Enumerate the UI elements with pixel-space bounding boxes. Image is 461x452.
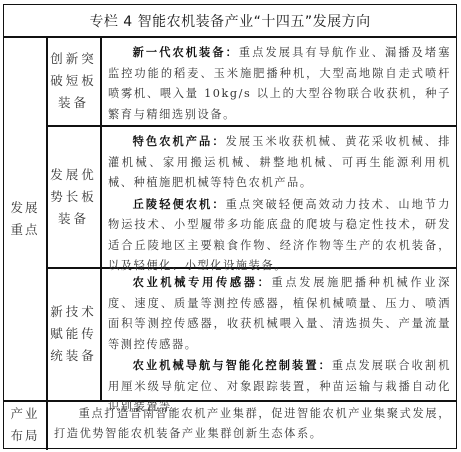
row-label-new-tech: 新技术 赋能传 统装备	[47, 268, 100, 400]
label-line: 赋能传	[50, 323, 97, 345]
label-line: 破短板	[50, 70, 97, 92]
paragraph: 丘陵轻便农机：重点突破轻便高效动力技术、山地节力物运技术、小型履带多功能底盘的爬…	[108, 194, 451, 277]
paragraph-heading: 新一代农机装备：	[133, 45, 239, 59]
label-line: 布局	[10, 425, 39, 447]
label-line: 发展优	[50, 164, 97, 186]
label-line: 发展	[10, 197, 39, 219]
paragraph-heading: 农业机械专用传感器：	[133, 275, 272, 289]
label-line: 装备	[50, 208, 97, 230]
row-content-advantage: 特色农机产品：发展玉米收获机械、黄花采收机械、排灌机械、家用搬运机械、耕整地机械…	[108, 131, 451, 277]
divider	[100, 36, 102, 400]
label-line: 新技术	[50, 301, 97, 323]
industry-layout-content: 重点打造晋南智能农机产业集群，促进智能农机产业集聚式发展，打造优势智能农机装备产…	[54, 404, 451, 444]
paragraph-heading: 丘陵轻便农机：	[133, 197, 226, 211]
label-line: 创新突	[50, 48, 97, 70]
paragraph-heading: 特色农机产品：	[133, 134, 226, 148]
paragraph-text: 重点打造晋南智能农机产业集群，促进智能农机产业集聚式发展，打造优势智能农机装备产…	[54, 404, 451, 444]
section-label-development-focus: 发展 重点	[4, 37, 46, 400]
paragraph: 特色农机产品：发展玉米收获机械、黄花采收机械、排灌机械、家用搬运机械、耕整地机械…	[108, 131, 451, 194]
label-line: 势长板	[50, 186, 97, 208]
paragraph-heading: 农业机械导航与智能化控制装置：	[133, 358, 332, 372]
divider	[46, 125, 456, 127]
label-line: 装备	[50, 92, 97, 114]
row-content-innovation: 新一代农机装备：重点发展具有导航作业、漏播及堵塞监控功能的稻麦、玉米施肥播种机，…	[108, 42, 451, 125]
label-line: 产业	[10, 403, 39, 425]
table-title: 专栏 4 智能农机装备产业“十四五”发展方向	[4, 5, 456, 37]
development-direction-table: 专栏 4 智能农机装备产业“十四五”发展方向 发展 重点 创新突 破短板 装备 …	[3, 4, 457, 449]
paragraph: 农业机械专用传感器：重点发展施肥播种机械作业深度、速度、质量等测控传感器，植保机…	[108, 272, 451, 355]
row-label-advantage: 发展优 势长板 装备	[47, 126, 100, 267]
row-content-new-tech: 农业机械专用传感器：重点发展施肥播种机械作业深度、速度、质量等测控传感器，植保机…	[108, 272, 451, 418]
row-label-innovation: 创新突 破短板 装备	[47, 37, 100, 125]
label-line: 重点	[10, 219, 39, 241]
label-line: 统装备	[50, 345, 97, 367]
section-label-industry-layout: 产业 布局	[4, 401, 46, 448]
paragraph: 新一代农机装备：重点发展具有导航作业、漏播及堵塞监控功能的稻麦、玉米施肥播种机，…	[108, 42, 451, 125]
